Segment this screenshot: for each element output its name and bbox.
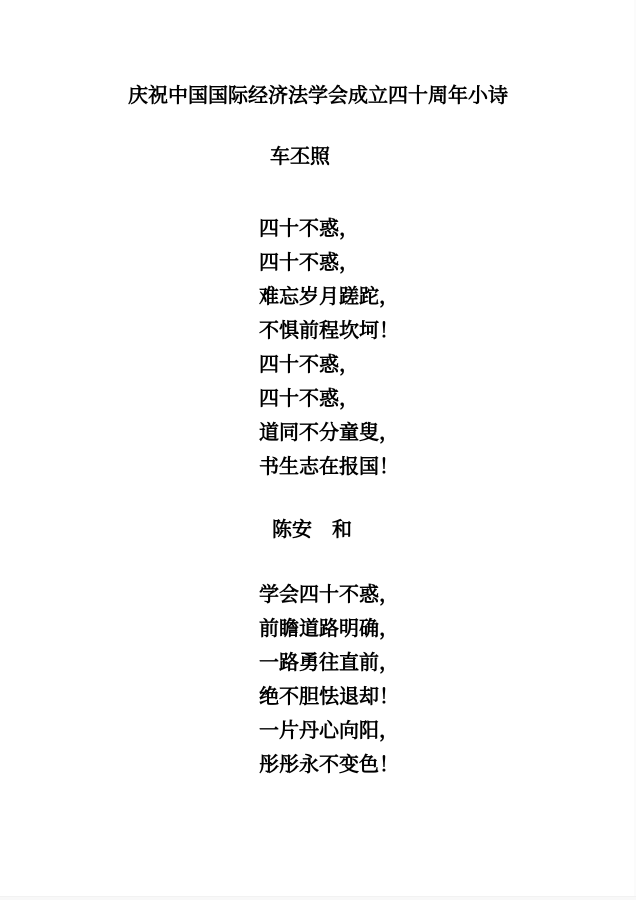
document-page: 庆祝中国国际经济法学会成立四十周年小诗 车丕照 四十不惑， 四十不惑， 难忘岁月… — [0, 0, 636, 900]
poem-line: 四十不惑， — [259, 212, 399, 246]
poem-line: 前瞻道路明确， — [259, 612, 399, 646]
page-bottom-edge — [0, 896, 636, 900]
document-title: 庆祝中国国际经济法学会成立四十周年小诗 — [0, 84, 636, 108]
author-name-1: 车丕照 — [270, 146, 330, 168]
poem-line: 彤彤永不变色！ — [259, 748, 399, 782]
poem-1: 四十不惑， 四十不惑， 难忘岁月蹉跎， 不惧前程坎坷！ 四十不惑， 四十不惑， … — [259, 212, 399, 484]
poem-line: 四十不惑， — [259, 348, 399, 382]
poem-line: 绝不胆怯退却！ — [259, 680, 399, 714]
poem-line: 四十不惑， — [259, 246, 399, 280]
poem-line: 书生志在报国！ — [259, 450, 399, 484]
poem-line: 四十不惑， — [259, 382, 399, 416]
poem-line: 难忘岁月蹉跎， — [259, 280, 399, 314]
author-name-2: 陈安 和 — [272, 519, 352, 541]
poem-line: 不惧前程坎坷！ — [259, 314, 399, 348]
poem-2: 学会四十不惑， 前瞻道路明确， 一路勇往直前， 绝不胆怯退却！ 一片丹心向阳， … — [259, 578, 399, 782]
poem-line: 学会四十不惑， — [259, 578, 399, 612]
poem-line: 一路勇往直前， — [259, 646, 399, 680]
poem-line: 道同不分童叟， — [259, 416, 399, 450]
poem-line: 一片丹心向阳， — [259, 714, 399, 748]
